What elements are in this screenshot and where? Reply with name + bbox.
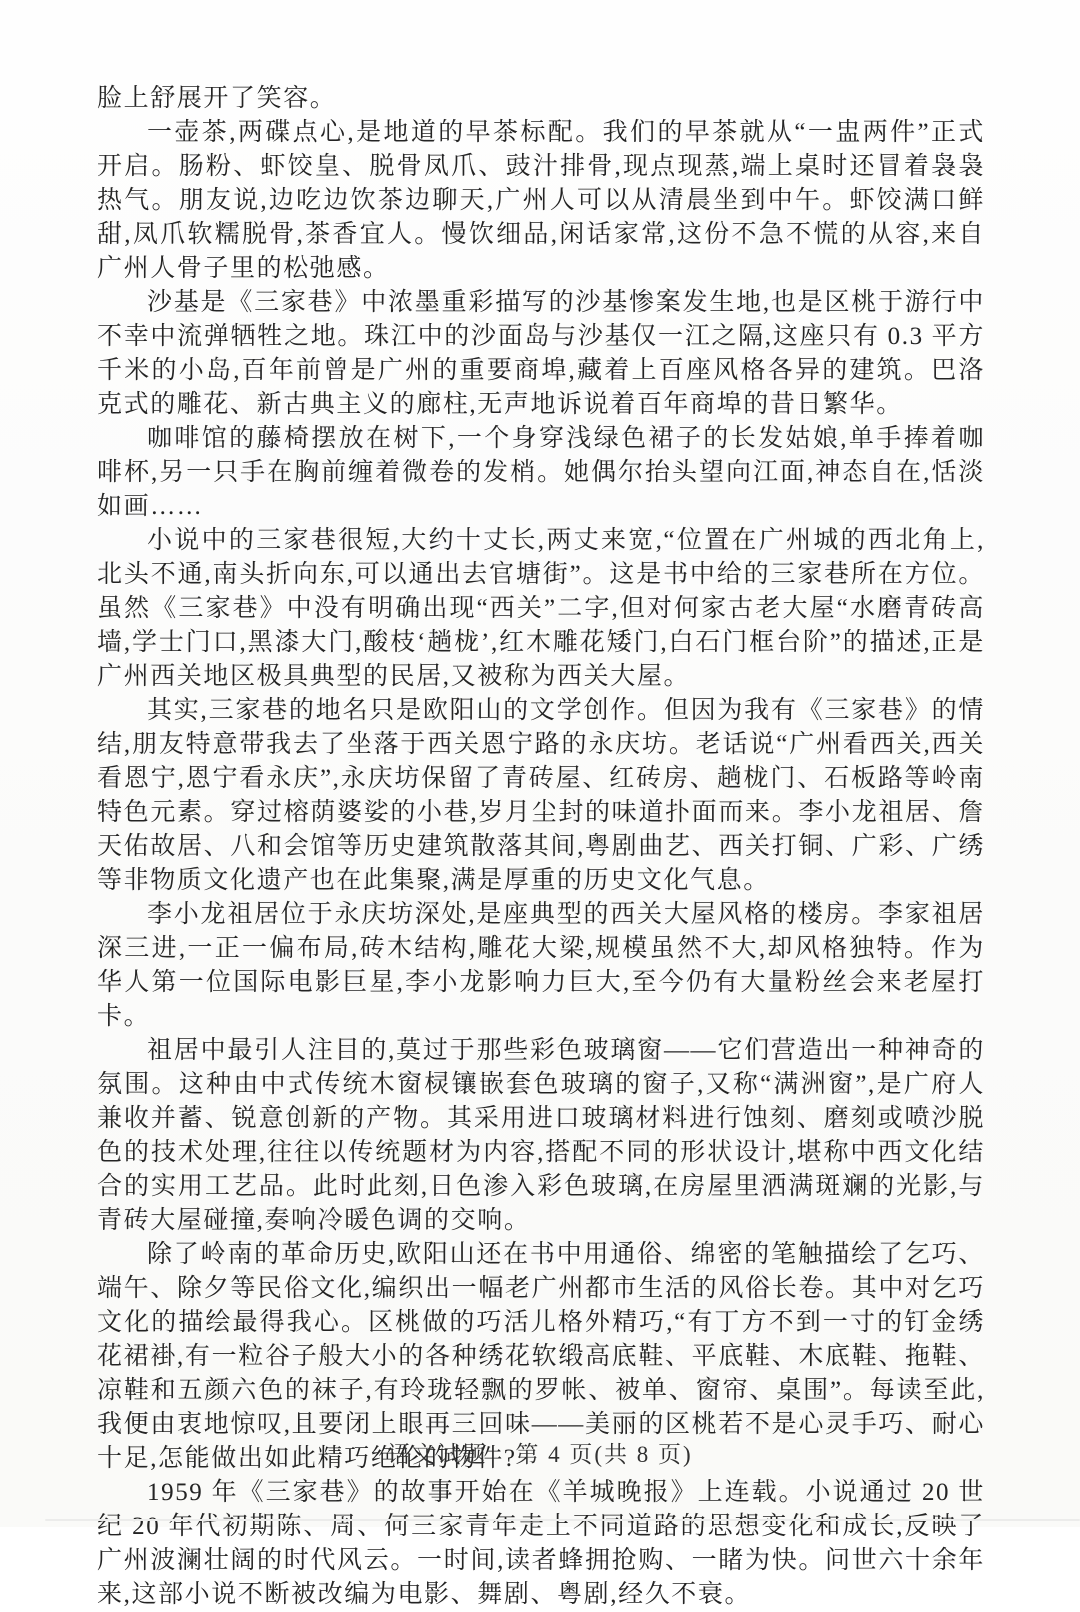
paragraph: 沙基是《三家巷》中浓墨重彩描写的沙基惨案发生地,也是区桃于游行中不幸中流弹牺牲之… — [97, 286, 985, 422]
paragraph: 李小龙祖居位于永庆坊深处,是座典型的西关大屋风格的楼房。李家祖居深三进,一正一偏… — [97, 898, 985, 1034]
paragraph: 小说中的三家巷很短,大约十丈长,两丈来宽,“位置在广州城的西北角上,北头不通,南… — [97, 524, 985, 694]
paragraph: 其实,三家巷的地名只是欧阳山的文学创作。但因为我有《三家巷》的情结,朋友特意带我… — [97, 694, 985, 898]
paragraph: 一壶茶,两碟点心,是地道的早茶标配。我们的早茶就从“一盅两件”正式开启。肠粉、虾… — [97, 116, 985, 286]
document-page: 脸上舒展开了笑容。 一壶茶,两碟点心,是地道的早茶标配。我们的早茶就从“一盅两件… — [0, 0, 1080, 1527]
article-body: 脸上舒展开了笑容。 一壶茶,两碟点心,是地道的早茶标配。我们的早茶就从“一盅两件… — [97, 82, 985, 1527]
paragraph: 咖啡馆的藤椅摆放在树下,一个身穿浅绿色裙子的长发姑娘,单手捧着咖啡杯,另一只手在… — [97, 422, 985, 524]
page-edge-shadow — [45, 1519, 1080, 1521]
page-number: 第 4 页(共 8 页) — [515, 1442, 692, 1467]
page-footer: 语文试题第 4 页(共 8 页) — [0, 1436, 1080, 1469]
paragraph: 脸上舒展开了笑容。 — [97, 82, 985, 116]
paragraph: 祖居中最引人注目的,莫过于那些彩色玻璃窗——它们营造出一种神奇的氛围。这种由中式… — [97, 1034, 985, 1238]
doc-title-label: 语文试题 — [387, 1442, 487, 1467]
